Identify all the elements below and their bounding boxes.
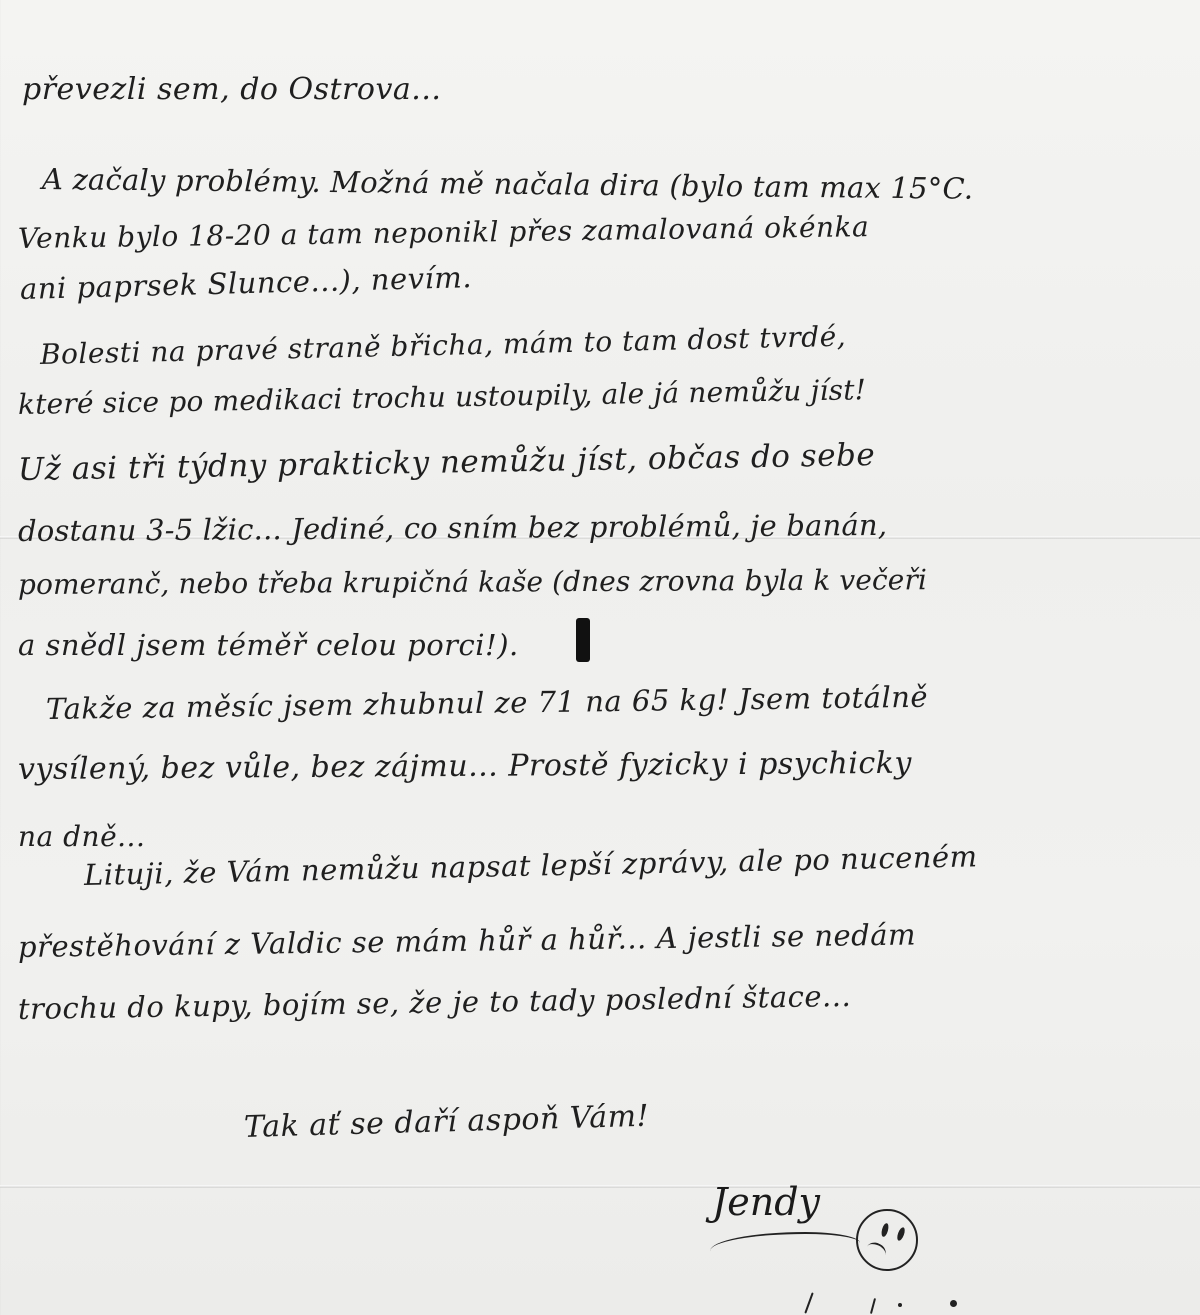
eye <box>896 1226 906 1241</box>
letter-line: pomeranč, nebo třeba krupičná kaše (dnes… <box>18 563 927 601</box>
letter-line: vysílený, bez vůle, bez zájmu... Prostě … <box>18 746 912 787</box>
letter-line: na dně... <box>18 820 145 853</box>
paper-fold <box>0 1185 1200 1188</box>
letter-line: a snědl jsem téměř celou porci!). <box>18 628 519 662</box>
letter-line: převezli sem, do Ostrova... <box>22 72 441 107</box>
eye <box>880 1222 889 1237</box>
frown <box>864 1240 889 1263</box>
signature: Jendy <box>712 1180 820 1224</box>
sad-face-icon <box>856 1209 918 1271</box>
bleed-through-text <box>880 60 1200 1310</box>
ink-blot <box>576 618 590 662</box>
letter-line: dostanu 3-5 lžic... Jediné, co sním bez … <box>18 508 887 548</box>
